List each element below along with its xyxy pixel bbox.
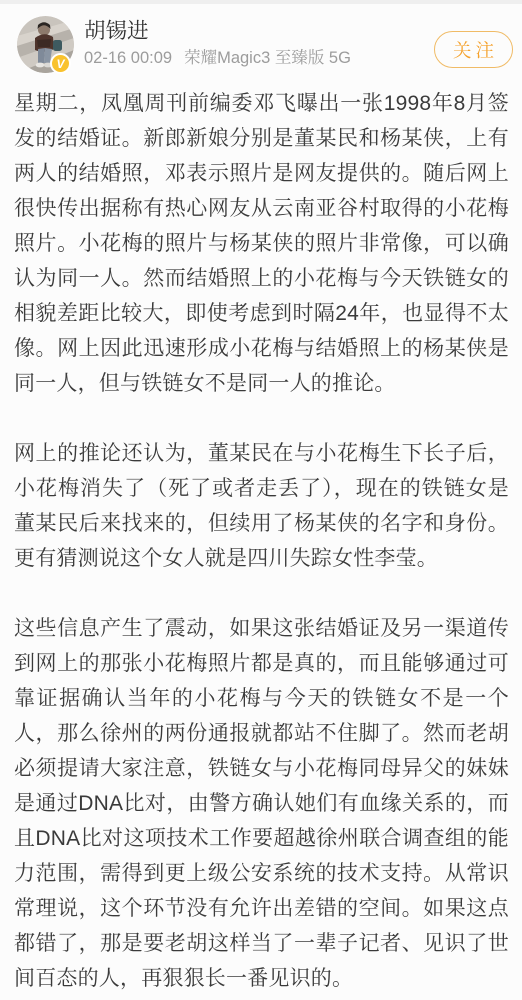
verified-badge-icon: V <box>50 53 71 74</box>
author-name[interactable]: 胡锡进 <box>84 19 351 44</box>
weibo-post-page: V 胡锡进 02-16 00:09荣耀Magic3 至臻版 5G 关注 星期二，… <box>0 0 522 1000</box>
post-body: 星期二，凤凰周刊前编委邓飞曝出一张1998年8月签发的结婚证。新郎新娘分别是董某… <box>14 86 509 996</box>
post-paragraph-2: 网上的推论还认为，董某民在与小花梅生下长子后，小花梅消失了（死了或者走丢了），现… <box>14 436 509 576</box>
post-paragraph-3: 这些信息产生了震动，如果这张结婚证及另一渠道传到网上的那张小花梅照片都是真的，而… <box>14 611 509 996</box>
follow-button[interactable]: 关注 <box>434 31 513 68</box>
post-timestamp: 02-16 00:09 <box>84 49 172 67</box>
avatar[interactable]: V <box>17 16 74 73</box>
post-source-device[interactable]: 荣耀Magic3 至臻版 5G <box>184 49 351 67</box>
post-paragraph-1: 星期二，凤凰周刊前编委邓飞曝出一张1998年8月签发的结婚证。新郎新娘分别是董某… <box>14 86 509 401</box>
post-meta: 02-16 00:09荣耀Magic3 至臻版 5G <box>84 48 351 69</box>
post-header: V 胡锡进 02-16 00:09荣耀Magic3 至臻版 5G 关注 <box>0 4 522 73</box>
header-text: 胡锡进 02-16 00:09荣耀Magic3 至臻版 5G <box>84 16 351 69</box>
